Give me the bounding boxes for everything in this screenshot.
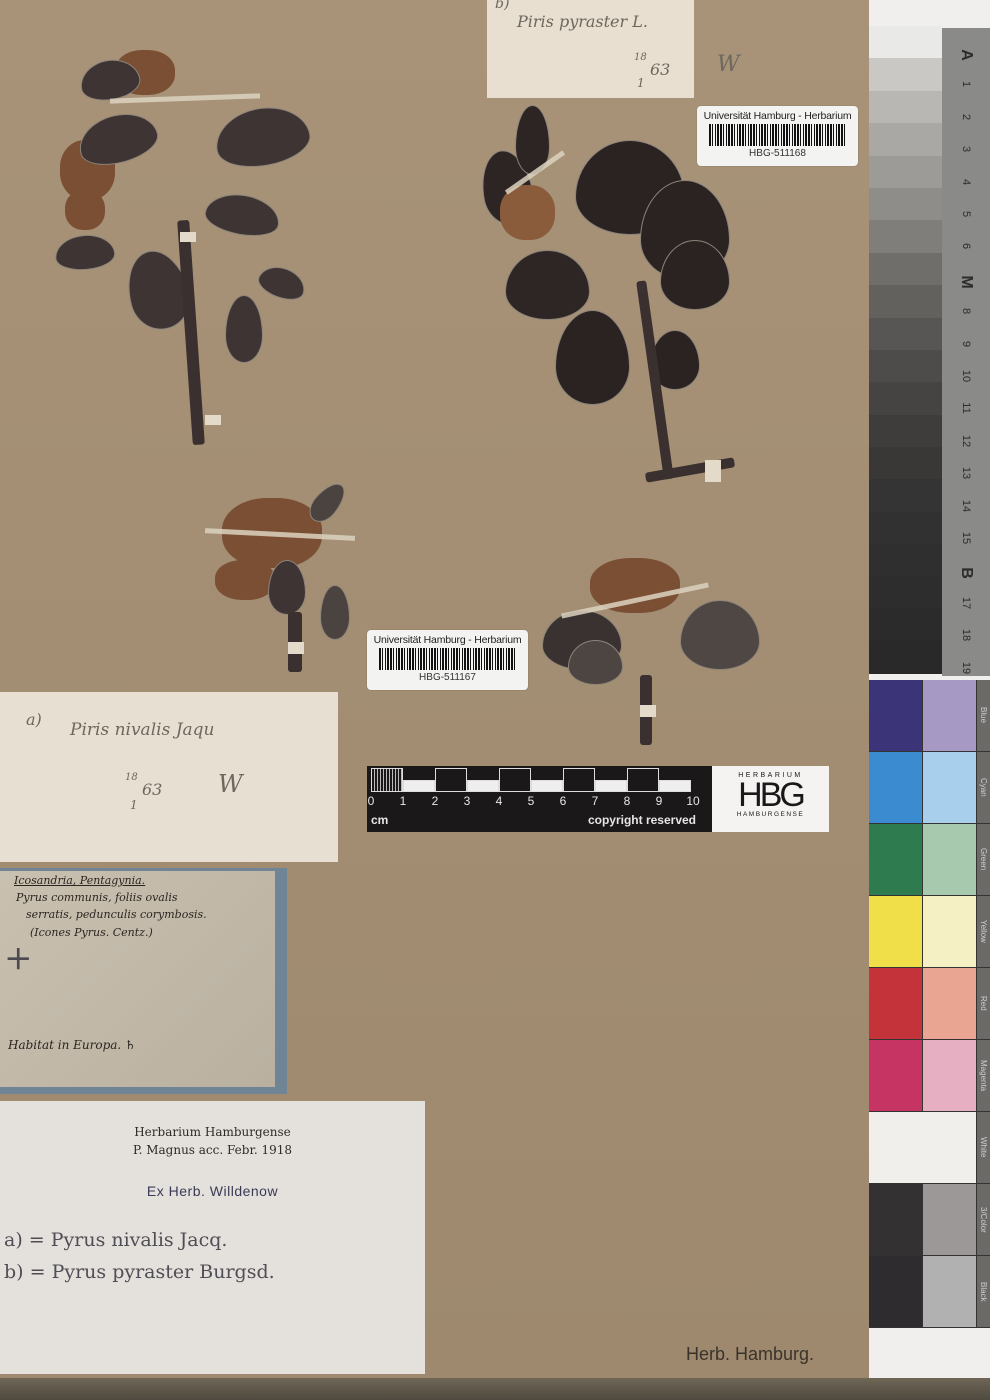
label-willdenow-original: Icosandria, Pentagynia. Pyrus communis, … bbox=[0, 868, 287, 1094]
gray-step bbox=[869, 318, 942, 350]
barcode-label-511168: Universität Hamburg - Herbarium HBG-5111… bbox=[697, 106, 858, 166]
gray-step bbox=[869, 188, 942, 220]
gray-scale-strip bbox=[869, 26, 942, 674]
gray-step bbox=[869, 609, 942, 641]
barcode-label-511167: Universität Hamburg - Herbarium HBG-5111… bbox=[367, 630, 528, 690]
gray-step bbox=[869, 512, 942, 544]
gray-step-label: 12 bbox=[960, 431, 972, 451]
color-patch-3color: 3/Color bbox=[869, 1184, 990, 1256]
gray-step bbox=[869, 220, 942, 252]
gray-step bbox=[869, 91, 942, 123]
gray-step bbox=[869, 577, 942, 609]
label-pyrus-pyraster: b) Piris pyraster L. 18 63 1 W bbox=[487, 0, 694, 98]
gray-step bbox=[869, 479, 942, 511]
barcode-number: HBG-511168 bbox=[697, 148, 858, 159]
gray-step-label: 13 bbox=[960, 463, 972, 483]
gray-step-label: 3 bbox=[960, 139, 972, 159]
color-patch-yellow: Yellow bbox=[869, 896, 990, 968]
gray-step bbox=[869, 447, 942, 479]
gray-step bbox=[869, 641, 942, 673]
gray-step-label: B bbox=[957, 563, 975, 583]
copyright-text: copyright reserved bbox=[588, 813, 696, 827]
gray-step bbox=[869, 382, 942, 414]
centimeter-ruler: 0 1 2 3 4 5 6 7 8 9 10 cm copyright rese… bbox=[367, 766, 712, 832]
stamp-herb-hamburg: Herb. Hamburg. bbox=[686, 1344, 814, 1365]
taxon-name: Piris pyraster L. bbox=[517, 12, 648, 31]
gray-step bbox=[869, 415, 942, 447]
color-patch-cyan: Cyan bbox=[869, 752, 990, 824]
label-pyrus-nivalis: a) Piris nivalis Jaqu 18 63 1 W bbox=[0, 692, 338, 862]
gray-step-label: 19 bbox=[960, 658, 972, 678]
gray-step bbox=[869, 350, 942, 382]
barcode bbox=[709, 124, 846, 146]
scale-bar: 0 1 2 3 4 5 6 7 8 9 10 cm copyright rese… bbox=[367, 766, 829, 832]
gray-step-label: 4 bbox=[960, 172, 972, 192]
gray-step bbox=[869, 123, 942, 155]
gray-step bbox=[869, 285, 942, 317]
color-calibration-card: A123456M89101112131415B171819 BlueCyanGr… bbox=[869, 0, 990, 1378]
gray-step-label: M bbox=[957, 272, 975, 292]
gray-step-label: 1 bbox=[960, 74, 972, 94]
gray-step bbox=[869, 253, 942, 285]
gray-step-labels: A123456M89101112131415B171819 bbox=[942, 28, 990, 676]
gray-step bbox=[869, 26, 942, 58]
hbg-logo: HERBARIUM HBG HAMBURGENSE bbox=[712, 766, 829, 832]
stamp-ex-herb-willdenow: Ex Herb. Willdenow bbox=[0, 1183, 425, 1199]
barcode-number: HBG-511167 bbox=[367, 672, 528, 683]
color-patch-green: Green bbox=[869, 824, 990, 896]
gray-step-label: 5 bbox=[960, 204, 972, 224]
gray-step-label: 14 bbox=[960, 496, 972, 516]
gray-step-label: 10 bbox=[960, 366, 972, 386]
color-patch-magenta: Magenta bbox=[869, 1040, 990, 1112]
gray-step-label: 2 bbox=[960, 107, 972, 127]
gray-step-label: 6 bbox=[960, 236, 972, 256]
color-patch-blue: Blue bbox=[869, 680, 990, 752]
herbarium-sheet: b) Piris pyraster L. 18 63 1 W Universit… bbox=[0, 0, 875, 1378]
color-patches: BlueCyanGreenYellowRedMagentaWhite3/Colo… bbox=[869, 680, 990, 1328]
gray-step-label: 9 bbox=[960, 334, 972, 354]
scan-bottom-edge bbox=[0, 1378, 990, 1400]
gray-step-label: 15 bbox=[960, 528, 972, 548]
gray-step bbox=[869, 156, 942, 188]
barcode bbox=[379, 648, 516, 670]
color-patch-black: Black bbox=[869, 1256, 990, 1328]
label-herbarium-hamburgense: Herbarium Hamburgense P. Magnus acc. Feb… bbox=[0, 1101, 425, 1374]
gray-step-label: 8 bbox=[960, 301, 972, 321]
determination-b: b) = Pyrus pyraster Burgsd. bbox=[4, 1261, 275, 1283]
gray-step bbox=[869, 58, 942, 90]
gray-step bbox=[869, 544, 942, 576]
gray-step-label: 17 bbox=[960, 593, 972, 613]
gray-step-label: A bbox=[957, 45, 975, 65]
gray-step-label: 18 bbox=[960, 625, 972, 645]
taxon-name: Piris nivalis Jaqu bbox=[70, 720, 214, 740]
gray-step-label: 11 bbox=[960, 398, 972, 418]
determination-a: a) = Pyrus nivalis Jacq. bbox=[4, 1229, 227, 1251]
color-patch-white: White bbox=[869, 1112, 990, 1184]
color-patch-red: Red bbox=[869, 968, 990, 1040]
